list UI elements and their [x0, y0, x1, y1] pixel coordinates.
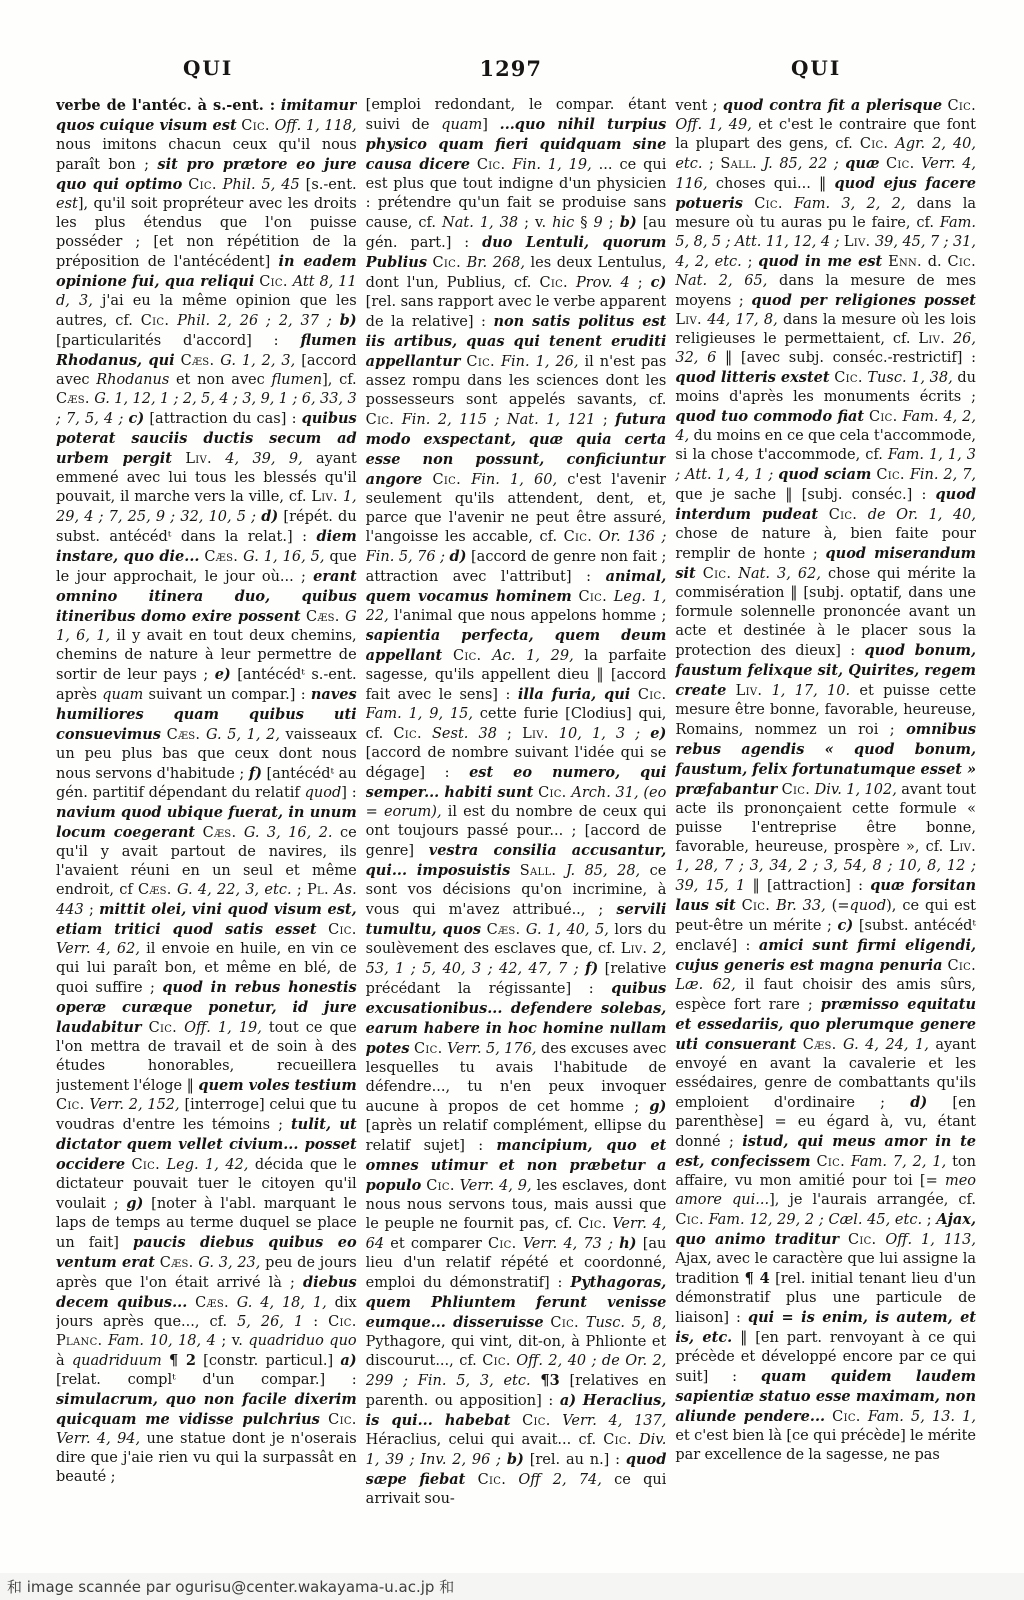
running-head: QUI 1297 QUI [0, 56, 1024, 84]
page-number: 1297 [480, 56, 542, 81]
dictionary-text-columns: verbe de l'antéc. à s.-ent. : imitamur q… [56, 96, 976, 1568]
text-column-3: vent ; quod contra fit a plerisque Cic. … [675, 96, 976, 1568]
header-keyword-right: QUI [791, 56, 841, 80]
text-column-2: [emploi redondant, le compar. étant suiv… [366, 96, 667, 1568]
text-column-1: verbe de l'antéc. à s.-ent. : imitamur q… [56, 96, 357, 1568]
scan-watermark: 和 image scannée par ogurisu@center.wakay… [7, 1576, 454, 1597]
header-keyword-left: QUI [183, 56, 233, 80]
scanned-dictionary-page: QUI 1297 QUI verbe de l'antéc. à s.-ent.… [0, 0, 1024, 1600]
